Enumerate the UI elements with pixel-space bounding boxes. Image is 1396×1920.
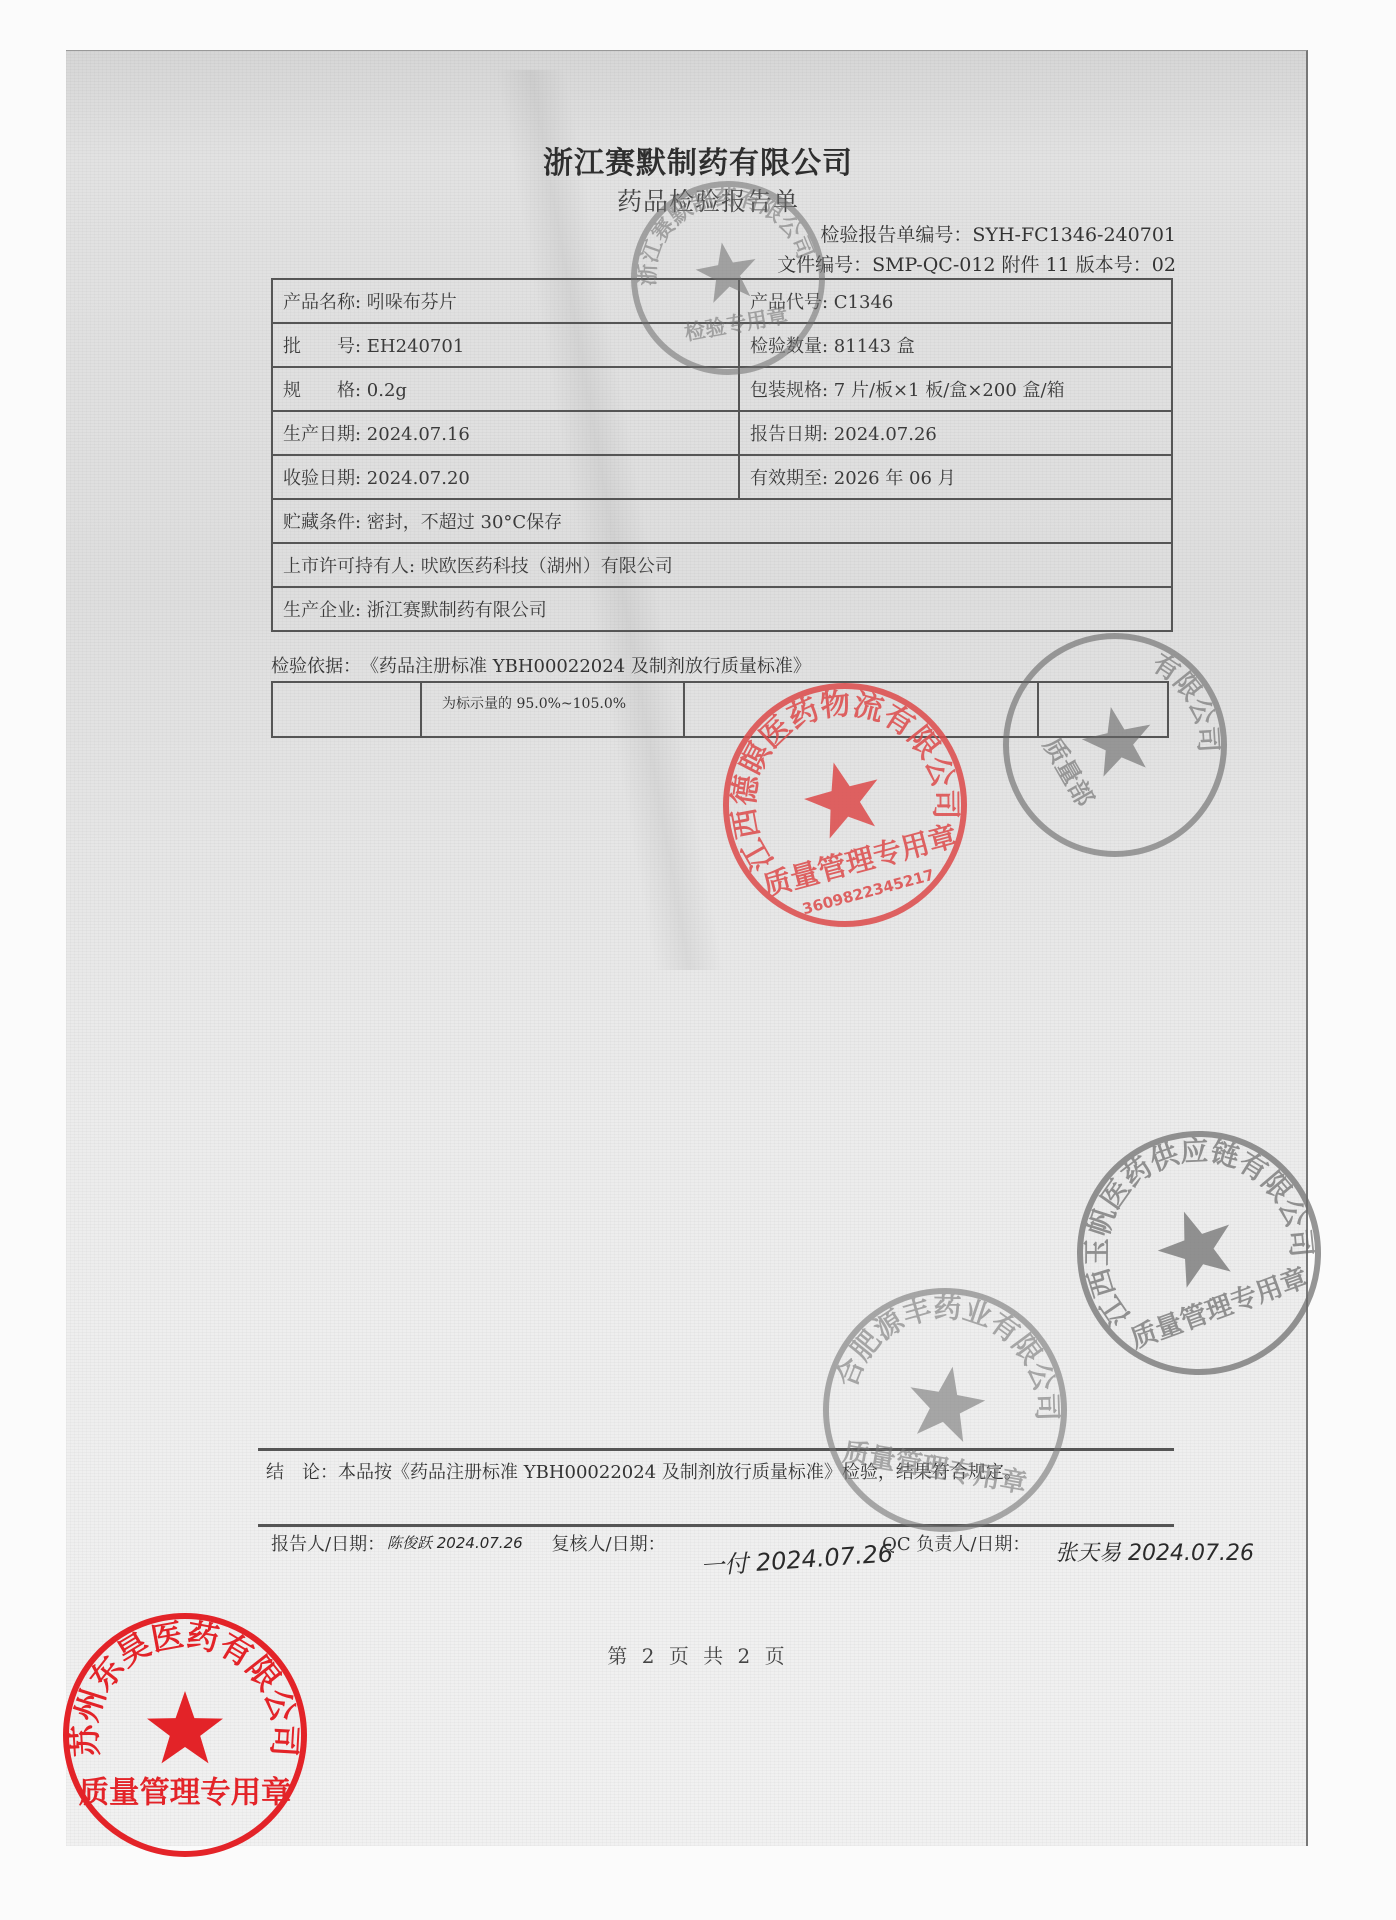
receipt-date: 收验日期: 2024.07.20 <box>272 455 739 499</box>
table-row: 生产日期: 2024.07.16 报告日期: 2024.07.26 <box>272 411 1172 455</box>
reporter-signature: 陈俊跃 2024.07.26 <box>387 1532 523 1553</box>
quality-dept-stamp: 有限公司质量部 <box>1000 630 1230 860</box>
hefei-stamp: 合肥源丰药业有限公司质量管理专用章 <box>820 1285 1070 1535</box>
svg-text:质量管理专用章: 质量管理专用章 <box>840 1437 1029 1500</box>
table-row: 上市许可持有人: 吠欧医药科技（湖州）有限公司 <box>272 543 1172 587</box>
reporter-label: 报告人/日期： <box>271 1534 385 1555</box>
inspection-basis: 检验依据： 《药品注册标准 YBH00022024 及制剂放行质量标准》 <box>271 652 811 678</box>
storage-conditions: 贮藏条件: 密封，不超过 30°C保存 <box>272 499 1172 543</box>
marketing-authorization-holder: 上市许可持有人: 吠欧医药科技（湖州）有限公司 <box>272 543 1172 587</box>
table-row: 收验日期: 2024.07.20 有效期至: 2026 年 06 月 <box>272 455 1172 499</box>
jiangxi-logistics-stamp: 江西德瞑医药物流有限公司质量管理专用章3609822345217 <box>720 680 970 930</box>
svg-text:检验专用章: 检验专用章 <box>683 303 790 345</box>
qc-signature: 张天易 2024.07.26 <box>1055 1536 1254 1567</box>
svg-text:质量管理专用章: 质量管理专用章 <box>1126 1262 1312 1355</box>
inspection-stamp: 浙江赛默制药有限公司检验专用章 <box>628 178 828 378</box>
manufacturer: 生产企业: 浙江赛默制药有限公司 <box>272 587 1172 631</box>
table-row: 贮藏条件: 密封，不超过 30°C保存 <box>272 499 1172 543</box>
spec-cell-item <box>272 682 421 737</box>
report-number: 检验报告单编号：SYH-FC1346-240701 <box>820 220 1176 247</box>
qc-label: QC 负责人/日期： <box>882 1534 1030 1555</box>
file-number: 文件编号：SMP-QC-012 附件 11 版本号：02 <box>777 250 1176 277</box>
jiangxi-supply-chain-stamp: 江西玉帆医药供应链有限公司质量管理专用章 <box>1074 1128 1324 1378</box>
expiry-date: 有效期至: 2026 年 06 月 <box>739 455 1172 499</box>
report-date: 报告日期: 2024.07.26 <box>739 411 1172 455</box>
suzhou-stamp: 苏州东昊医药有限公司质量管理专用章 <box>60 1610 310 1860</box>
svg-text:质量部: 质量部 <box>1038 732 1100 811</box>
spec-cell-standard: 为标示量的 95.0%~105.0% <box>421 682 684 737</box>
company-title: 浙江赛默制药有限公司 <box>0 138 1396 182</box>
svg-text:质量管理专用章: 质量管理专用章 <box>79 1775 292 1811</box>
reviewer-label: 复核人/日期： <box>552 1534 666 1555</box>
table-row: 生产企业: 浙江赛默制药有限公司 <box>272 587 1172 631</box>
production-date: 生产日期: 2024.07.16 <box>272 411 739 455</box>
